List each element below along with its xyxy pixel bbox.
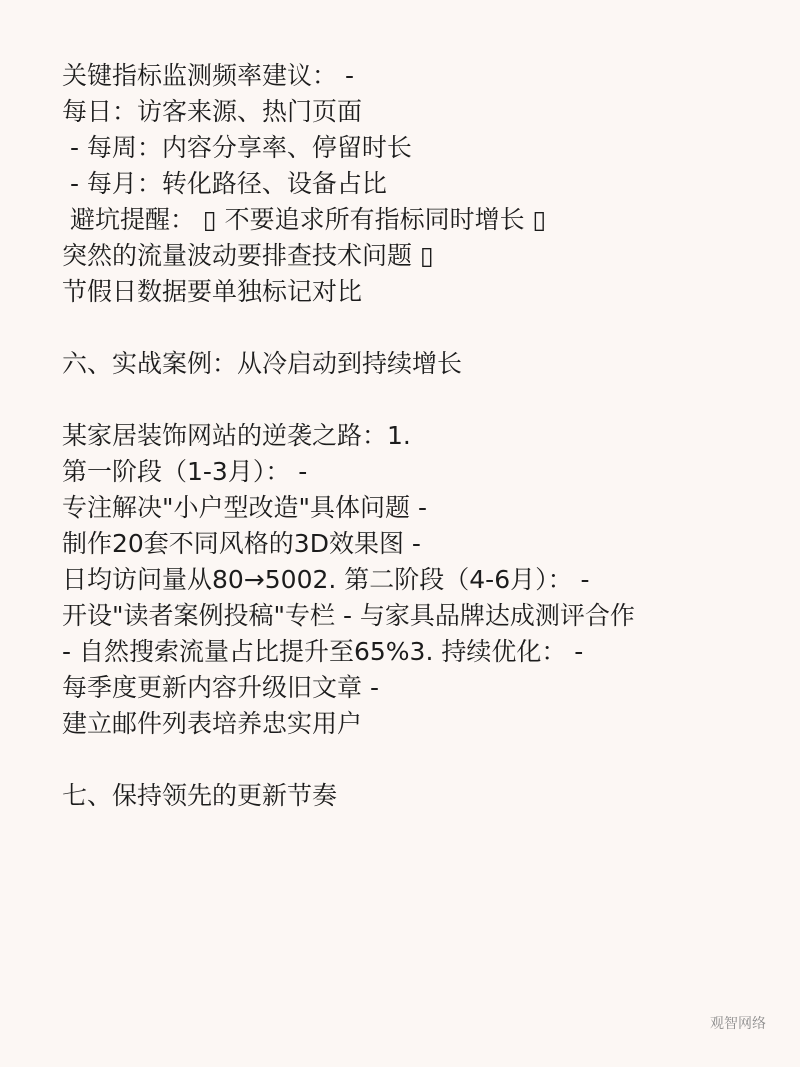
phase-three-line: - 自然搜索流量占比提升至65%3. 持续优化： -: [62, 634, 762, 670]
blank-line: [62, 310, 762, 346]
phase-one-item-2: 制作20套不同风格的3D效果图 -: [62, 526, 762, 562]
traffic-fluctuation-line: 突然的流量波动要排查技术问题 ▯: [62, 238, 762, 274]
phase-two-line: 日均访问量从80→5002. 第二阶段（4-6月）： -: [62, 562, 762, 598]
metrics-frequency-heading: 关键指标监测频率建议： -: [62, 58, 762, 94]
weekly-metrics-line: - 每周：内容分享率、停留时长: [62, 130, 762, 166]
holiday-data-line: 节假日数据要单独标记对比: [62, 274, 762, 310]
blank-line: [62, 382, 762, 418]
phase-three-item-2: 建立邮件列表培养忠实用户: [62, 706, 762, 742]
monthly-metrics-line: - 每月：转化路径、设备占比: [62, 166, 762, 202]
phase-two-items: 开设"读者案例投稿"专栏 - 与家具品牌达成测评合作: [62, 598, 762, 634]
blank-line: [62, 742, 762, 778]
phase-one-item-1: 专注解决"小户型改造"具体问题 -: [62, 490, 762, 526]
document-body: 关键指标监测频率建议： - 每日：访客来源、热门页面 - 每周：内容分享率、停留…: [62, 58, 762, 814]
phase-three-item-1: 每季度更新内容升级旧文章 -: [62, 670, 762, 706]
watermark: 观智网络: [710, 1013, 766, 1033]
section-six-heading: 六、实战案例：从冷启动到持续增长: [62, 346, 762, 382]
case-intro-line: 某家居装饰网站的逆袭之路：1.: [62, 418, 762, 454]
section-seven-heading: 七、保持领先的更新节奏: [62, 778, 762, 814]
phase-one-line: 第一阶段（1-3月）： -: [62, 454, 762, 490]
daily-metrics-line: 每日：访客来源、热门页面: [62, 94, 762, 130]
pitfall-reminder-line: 避坑提醒： ▯ 不要追求所有指标同时增长 ▯: [62, 202, 762, 238]
